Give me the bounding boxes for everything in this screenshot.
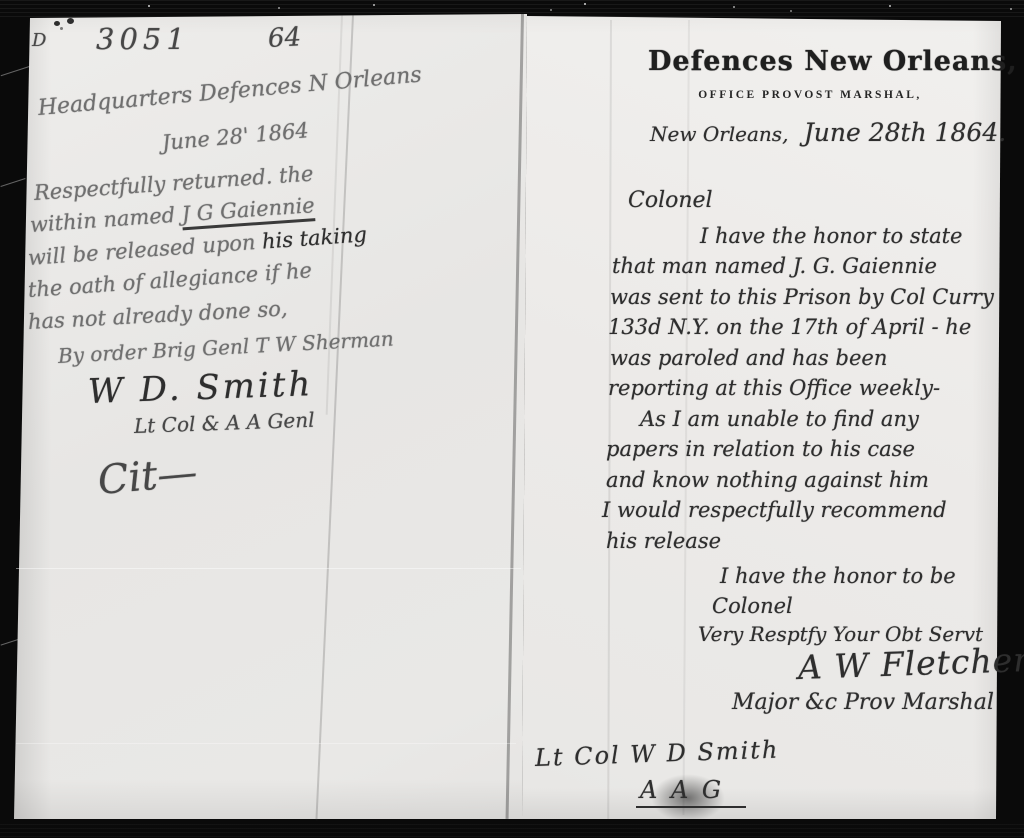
crease-line: [16, 568, 521, 569]
letter-body-line: his release: [606, 529, 721, 553]
letter-body-line: I would respectfully recommend: [602, 498, 947, 522]
salutation: Colonel: [628, 188, 713, 213]
letter-body-line: and know nothing against him: [606, 468, 929, 492]
cit-notation: Cit—: [96, 449, 199, 503]
scanned-document-frame: D 3051 64 Headquarters Defences N Orlean…: [0, 0, 1024, 838]
closing-line-2: Colonel: [712, 594, 793, 618]
page-number-annotation: 64: [267, 22, 302, 54]
film-scratch: [0, 178, 25, 187]
film-scratch: [1, 65, 34, 76]
dateline-place: New Orleans,: [650, 122, 788, 146]
doc-number-annotation: 3051: [96, 22, 190, 56]
letter-body-line: that man named J. G. Gaiennie: [612, 254, 937, 278]
smith-signature: W D. Smith: [87, 364, 314, 412]
letter-body-line: 133d N.Y. on the 17th of April - he: [608, 315, 971, 339]
letter-body-line: was paroled and has been: [610, 346, 887, 370]
doc-letter-annotation: D: [32, 30, 46, 51]
film-streaks-bottom: [0, 824, 1024, 838]
letter-body-line: reporting at this Office weekly-: [608, 376, 940, 400]
crease-line: [16, 743, 516, 744]
letter-body-line: As I am unable to find any: [640, 407, 919, 431]
letter-body-line: I have the honor to state: [700, 224, 962, 248]
fletcher-signature-title: Major &c Prov Marshal: [732, 690, 994, 715]
ink-blot: [54, 21, 60, 26]
film-specks: [148, 5, 150, 7]
addressee-title: A A G: [636, 776, 746, 804]
letterhead-subtitle: OFFICE PROVOST MARSHAL,: [650, 89, 970, 101]
letter-body-line: papers in relation to his case: [606, 437, 915, 461]
ink-blot: [60, 27, 63, 30]
ink-blot: [67, 18, 74, 24]
fletcher-signature: A W Fletcher: [797, 640, 1024, 687]
closing-line-1: I have the honor to be: [720, 564, 956, 588]
dateline-date: June 28th 1864.: [804, 118, 1006, 147]
dateline: New Orleans, June 28th 1864.: [650, 118, 1006, 147]
addressee-title-text: A A G: [636, 776, 746, 808]
letter-body-line: was sent to this Prison by Col Curry: [610, 285, 994, 309]
letterhead-title: Defences New Orleans,: [648, 46, 972, 77]
